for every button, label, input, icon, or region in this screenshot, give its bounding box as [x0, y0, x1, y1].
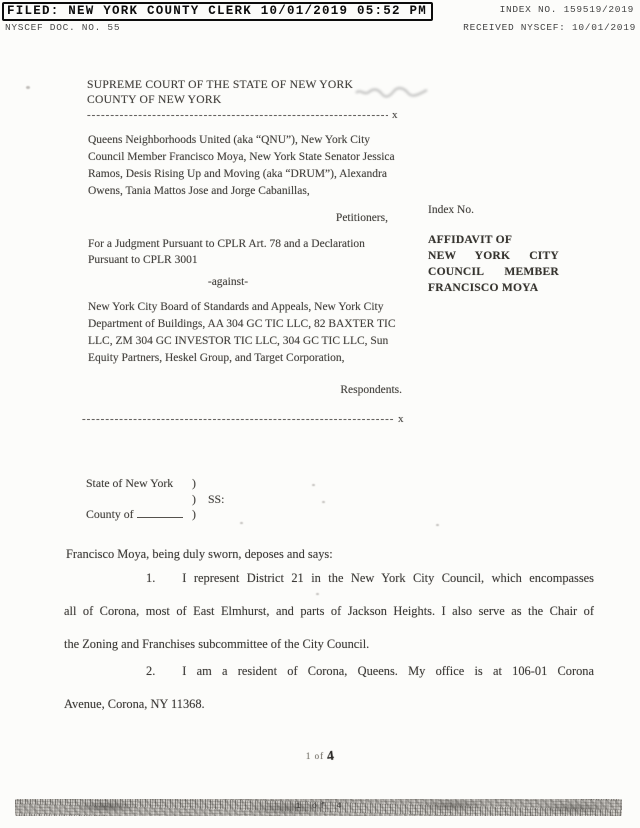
paragraph-text: I am a resident of Corona, Queens. My of…	[182, 664, 594, 678]
affidavit-paragraph-1: 1.I represent District 21 in the New Yor…	[64, 562, 594, 661]
divider-x: x	[392, 109, 398, 121]
ink-smudge	[354, 84, 430, 100]
paragraph-line: all of Corona, most of East Elmhurst, an…	[64, 595, 594, 628]
paragraph-number: 1.	[146, 571, 155, 585]
affidavit-title-line: COUNCIL MEMBER	[428, 264, 559, 280]
venue-paren: )	[192, 492, 196, 507]
index-no-label: Index No.	[428, 204, 474, 216]
court-name: SUPREME COURT OF THE STATE OF NEW YORK C…	[87, 77, 353, 107]
respondents-label: Respondents.	[88, 384, 402, 396]
venue-county-row: County of )	[86, 507, 326, 523]
venue-state-row: State of New York )	[86, 476, 326, 492]
page-number-label: 1 of	[306, 751, 324, 761]
page-number: 1 of4	[0, 748, 640, 764]
affidavit-paragraph-2: 2.I am a resident of Corona, Queens. My …	[64, 655, 594, 721]
venue-state-label: State of New York	[86, 476, 173, 490]
scan-speck	[322, 501, 325, 503]
scan-speck	[312, 484, 315, 486]
affidavit-title: AFFIDAVIT OF NEW YORK CITY COUNCIL MEMBE…	[428, 232, 559, 296]
paragraph-line: 1.I represent District 21 in the New Yor…	[64, 562, 594, 595]
received-stamp: RECEIVED NYSCEF: 10/01/2019	[463, 22, 636, 33]
respondents-names: New York City Board of Standards and App…	[88, 299, 410, 367]
nyscef-doc-number: NYSCEF DOC. NO. 55	[5, 22, 120, 33]
scan-speck	[240, 522, 243, 524]
petitioners-label: Petitioners,	[88, 212, 388, 224]
paragraph-text: all of Corona, most of East Elmhurst, an…	[64, 604, 594, 618]
affidavit-title-line: AFFIDAVIT OF	[428, 232, 559, 248]
affidavit-title-line: FRANCISCO MOYA	[428, 280, 559, 296]
venue-ss-label: SS:	[208, 492, 224, 507]
venue-ss-row: ) SS:	[86, 492, 326, 508]
paragraph-text: I represent District 21 in the New York …	[182, 571, 594, 585]
page-number-total: 4	[326, 749, 335, 766]
divider-x: x	[398, 413, 404, 425]
paragraph-line: 2.I am a resident of Corona, Queens. My …	[64, 655, 594, 688]
venue-paren: )	[192, 507, 196, 522]
judgment-clause: For a Judgment Pursuant to CPLR Art. 78 …	[88, 236, 398, 268]
venue-block: State of New York ) ) SS: County of )	[86, 476, 326, 523]
caption-divider-top: ----------------------------------------…	[87, 108, 398, 122]
paragraph-text: Avenue, Corona, NY 11368.	[64, 697, 205, 711]
scan-speck	[436, 524, 439, 526]
scan-speck	[316, 593, 319, 595]
index-number: INDEX NO. 159519/2019	[500, 4, 634, 15]
against-label: -against-	[88, 276, 368, 288]
court-name-line2: COUNTY OF NEW YORK	[87, 92, 353, 107]
scan-speck	[26, 86, 30, 89]
filed-stamp: FILED: NEW YORK COUNTY CLERK 10/01/2019 …	[2, 2, 433, 21]
divider-dashes: ----------------------------------------…	[82, 412, 394, 426]
divider-dashes: ----------------------------------------…	[87, 108, 388, 122]
affidavit-title-line: NEW YORK CITY	[428, 248, 559, 264]
paragraph-number: 2.	[146, 664, 155, 678]
venue-county-label: County of	[86, 507, 134, 521]
scan-band-page-text: 1 of 4	[0, 801, 640, 811]
scanned-affidavit-page: FILED: NEW YORK COUNTY CLERK 10/01/2019 …	[0, 0, 640, 828]
caption-divider-bottom: ----------------------------------------…	[82, 412, 404, 426]
paragraph-text: the Zoning and Franchises subcommittee o…	[64, 637, 369, 651]
county-blank-line	[137, 508, 183, 518]
deponent-intro: Francisco Moya, being duly sworn, depose…	[66, 547, 333, 562]
paragraph-line: Avenue, Corona, NY 11368.	[64, 688, 594, 721]
venue-paren: )	[192, 476, 196, 491]
court-name-line1: SUPREME COURT OF THE STATE OF NEW YORK	[87, 77, 353, 92]
petitioners-names: Queens Neighborhoods United (aka “QNU”),…	[88, 132, 406, 200]
